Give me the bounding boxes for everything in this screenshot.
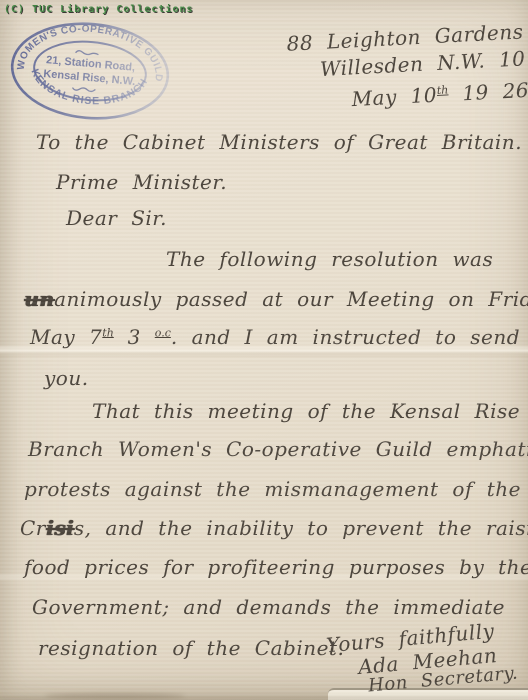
- recipient-line2: Prime Minister.: [56, 170, 227, 194]
- copyright-watermark: (C) TUC Library Collections: [4, 4, 194, 15]
- branch-stamp: WOMEN'S CO-OPERATIVE GUILD KENSAL RISE B…: [4, 13, 176, 129]
- salutation-line: Dear Sir.: [66, 206, 167, 230]
- body-line: Crisis, and the inability to prevent the…: [20, 516, 528, 540]
- stamp-squiggle: [75, 50, 98, 55]
- body-line: Branch Women's Co-operative Guild emphat…: [28, 437, 528, 461]
- corrected-text: isi: [46, 516, 74, 540]
- body-line: May 7th 3 o.c. and I am instructed to se…: [30, 325, 528, 349]
- body-text: s, and the inability to prevent the rais…: [74, 516, 528, 540]
- recipient-line: To the Cabinet Ministers of Great Britai…: [36, 130, 522, 154]
- body-text: May 7: [30, 325, 102, 349]
- body-text: 3: [114, 325, 155, 349]
- ordinal-text: th: [102, 326, 114, 339]
- scanned-letter-page: (C) TUC Library Collections WOMEN'S CO-O…: [0, 0, 528, 700]
- body-line: That this meeting of the Kensal Rise: [92, 399, 520, 423]
- body-text: . and I am instructed to send it to: [171, 325, 528, 349]
- date-text: May 10: [351, 83, 438, 111]
- body-line: Government; and demands the immediate: [32, 595, 505, 619]
- sender-address-block: 88 Leighton Gardens . Willesden N.W. 10 …: [286, 17, 528, 116]
- date-ordinal: th: [436, 83, 448, 97]
- body-text: animously passed at our Meeting on Frida…: [54, 287, 528, 311]
- scan-bottom-smudge: [45, 693, 185, 699]
- body-line: you.: [44, 366, 89, 390]
- date-year: 19 26.: [448, 77, 528, 106]
- body-line: protests against the mismanagement of th…: [24, 477, 528, 501]
- body-text: Cr: [20, 516, 46, 540]
- time-abbrev: o.c: [155, 326, 171, 339]
- stamp-squiggle: [72, 87, 95, 92]
- body-line: The following resolution was: [166, 247, 493, 271]
- body-line: resignation of the Cabinet.: [38, 636, 344, 660]
- body-line: unanimously passed at our Meeting on Fri…: [24, 287, 528, 311]
- corrected-text: un: [24, 287, 54, 311]
- body-line: food prices for profiteering purposes by…: [24, 555, 528, 579]
